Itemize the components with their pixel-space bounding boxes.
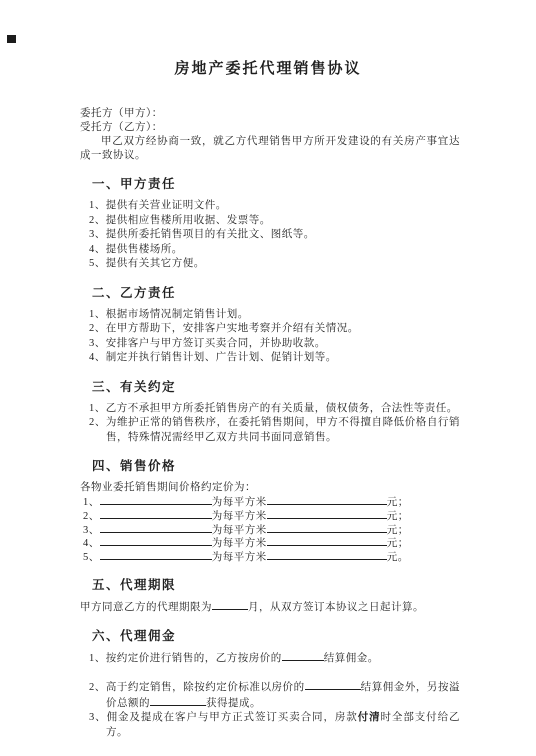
blank-field: [100, 536, 212, 546]
blank-field: [100, 550, 212, 560]
commission-item-3: 3、佣金及提成在客户与甲方正式签订买卖合同，房款付清时全部支付给乙方。: [89, 711, 460, 740]
commission-1-pre: 1、按约定价进行销售的，乙方按房价的: [89, 653, 282, 664]
blank-field: [267, 523, 387, 533]
section-6-heading: 六、代理佣金: [92, 629, 460, 643]
list-item: 1、乙方不承担甲方所委托销售房产的有关质量，债权债务，合法性等责任。: [89, 402, 460, 417]
price-unit-label: 为每平方米: [212, 538, 267, 549]
price-unit-label: 为每平方米: [212, 525, 267, 536]
commission-item-2: 2、高于约定销售，除按约定价标准以房价的结算佣金外，另按溢价总额的获得提成。: [89, 680, 460, 711]
price-row: 2、为每平方米元；: [80, 509, 460, 523]
section-2-heading: 二、乙方责任: [92, 286, 460, 300]
blank-field: [100, 523, 212, 533]
price-row-tail: 元；: [387, 525, 409, 536]
list-item: 4、提供售楼场所。: [89, 243, 460, 258]
blank-field: [282, 651, 324, 661]
term-text-pre: 甲方同意乙方的代理期限为: [80, 602, 212, 613]
price-row: 5、为每平方米元。: [80, 550, 460, 564]
agency-term-line: 甲方同意乙方的代理期限为月，从双方签订本协议之日起计算。: [80, 600, 460, 615]
list-item: 5、提供有关其它方便。: [89, 257, 460, 272]
commission-3-number: 3、: [89, 712, 107, 723]
list-item: 2、在甲方帮助下，安排客户实地考察并介绍有关情况。: [89, 322, 460, 337]
commission-3-bold-text: 付清: [358, 712, 381, 723]
section-1-heading: 一、甲方责任: [92, 177, 460, 191]
section-3-heading: 三、有关约定: [92, 380, 460, 394]
blank-field: [150, 696, 206, 706]
blank-field: [100, 495, 212, 505]
list-item: 2、为维护正常的销售秩序，在委托销售期间，甲方不得擅自降低价格自行销售，特殊情况…: [89, 416, 460, 445]
price-row-tail: 元；: [387, 497, 409, 508]
blank-field: [100, 509, 212, 519]
blank-field: [267, 550, 387, 560]
price-unit-label: 为每平方米: [212, 497, 267, 508]
commission-item-1: 1、按约定价进行销售的，乙方按房价的结算佣金。: [89, 651, 460, 667]
price-unit-label: 为每平方米: [212, 511, 267, 522]
blank-field: [267, 536, 387, 546]
commission-2-seg1: 高于约定销售，除按约定价标准以房价的: [106, 682, 305, 693]
price-row-number: 4、: [83, 538, 100, 549]
blank-field: [267, 509, 387, 519]
price-row-tail: 元。: [387, 552, 409, 563]
list-item: 3、安排客户与甲方签订买卖合同，并协助收款。: [89, 337, 460, 352]
document-title: 房地产委托代理销售协议: [0, 58, 536, 80]
list-item: 1、根据市场情况制定销售计划。: [89, 308, 460, 323]
preamble-paragraph: 甲乙双方经协商一致，就乙方代理销售甲方所开发建设的有关房产事宜达成一致协议。: [80, 135, 460, 163]
list-item: 4、制定并执行销售计划、广告计划、促销计划等。: [89, 351, 460, 366]
price-row-tail: 元；: [387, 538, 409, 549]
price-row: 1、为每平方米元；: [80, 495, 460, 509]
term-text-post: 月，从双方签订本协议之日起计算。: [248, 602, 424, 613]
party-a-line: 委托方（甲方）：: [80, 107, 460, 121]
document-page: 房地产委托代理销售协议 委托方（甲方）： 受托方（乙方）： 甲乙双方经协商一致，…: [0, 0, 536, 756]
price-row: 3、为每平方米元；: [80, 523, 460, 537]
blank-field: [267, 495, 387, 505]
price-row-number: 5、: [83, 552, 100, 563]
party-b-line: 受托方（乙方）：: [80, 121, 460, 135]
price-row-number: 3、: [83, 525, 100, 536]
blank-field: [305, 680, 361, 690]
price-row-number: 1、: [83, 497, 100, 508]
section-4-heading: 四、销售价格: [92, 459, 460, 473]
section-4-intro: 各物业委托销售期间价格约定价为：: [80, 481, 460, 495]
price-unit-label: 为每平方米: [212, 552, 267, 563]
price-row: 4、为每平方米元；: [80, 536, 460, 550]
document-body: 委托方（甲方）： 受托方（乙方）： 甲乙双方经协商一致，就乙方代理销售甲方所开发…: [80, 107, 460, 740]
section-5-heading: 五、代理期限: [92, 578, 460, 592]
scan-artifact-mark: [7, 35, 16, 43]
commission-2-seg3: 获得提成。: [206, 698, 261, 709]
blank-field: [212, 600, 248, 610]
price-row-number: 2、: [83, 511, 100, 522]
list-item: 1、提供有关营业证明文件。: [89, 199, 460, 214]
price-row-tail: 元；: [387, 511, 409, 522]
commission-3-seg1: 佣金及提成在客户与甲方正式签订买卖合同，房款: [107, 712, 358, 723]
commission-1-post: 结算佣金。: [324, 653, 379, 664]
list-item: 3、提供所委托销售项目的有关批文、图纸等。: [89, 228, 460, 243]
list-item: 2、提供相应售楼所用收据、发票等。: [89, 214, 460, 229]
commission-2-number: 2、: [89, 682, 106, 693]
